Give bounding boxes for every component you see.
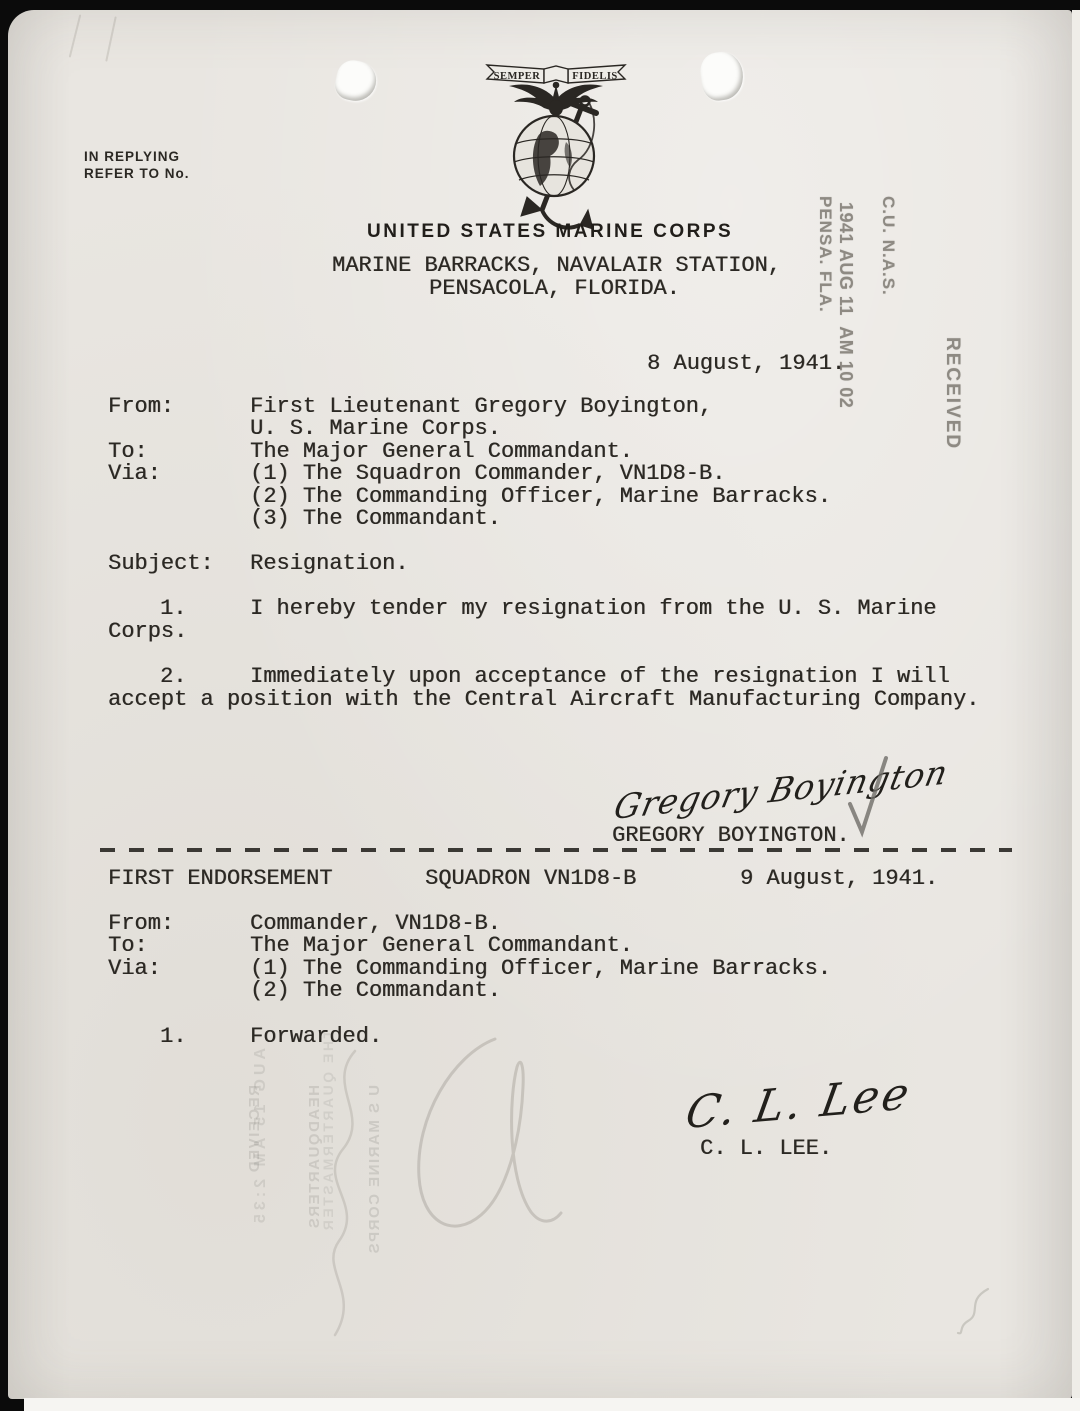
letter-date: 8 August, 1941.: [647, 351, 845, 376]
letter-from-row-2: U. S. Marine Corps.: [108, 416, 1038, 440]
bleedthrough-small-squiggle: [948, 1283, 998, 1338]
letter-via-row-1: Via: (1) The Squadron Commander, VN1D8-B…: [108, 461, 1038, 485]
endorsement-date: 9 August, 1941.: [740, 866, 938, 891]
subject-row: Subject: Resignation.: [108, 551, 1038, 575]
paragraph-2-number: 2.: [160, 664, 186, 689]
paragraph-2-text: Immediately upon acceptance of the resig…: [250, 664, 950, 689]
endorsement-to-row: To: The Major General Commandant.: [108, 933, 1038, 957]
received-stamp-office-line2: PENSA. FLA.: [815, 196, 836, 313]
paragraph-1-line-2: Corps.: [108, 619, 1038, 643]
subject-value: Resignation.: [250, 551, 408, 576]
pencil-check-mark: [845, 752, 891, 840]
usmc-emblem: SEMPER FIDELIS: [482, 56, 630, 240]
reply-note-line2: REFER TO No.: [84, 165, 190, 182]
bleedthrough-handwriting-scrawl: [295, 1045, 395, 1345]
bleedthrough-stamp-date: AUG 15 AM 2:35: [252, 1048, 270, 1227]
endorsement-via-row-1: Via: (1) The Commanding Officer, Marine …: [108, 956, 1038, 980]
endorsement-to-label: To:: [108, 933, 148, 958]
scanned-document: IN REPLYING REFER TO No.: [0, 0, 1080, 1411]
from-value-2: U. S. Marine Corps.: [250, 416, 501, 441]
endorsement-title: FIRST ENDORSEMENT: [108, 866, 332, 891]
scan-edge-bottom: [24, 1398, 1080, 1411]
letterhead-org: UNITED STATES MARINE CORPS: [367, 221, 733, 243]
bleedthrough-cursive-loop: [395, 1025, 655, 1280]
endorsement-via-row-2: (2) The Commandant.: [108, 978, 1038, 1002]
endorsement-header-row: FIRST ENDORSEMENT SQUADRON VN1D8-B 9 Aug…: [108, 866, 1038, 890]
via-item-3: (3) The Commandant.: [250, 506, 501, 531]
received-stamp-office-line1: C.U. N.A.S.: [878, 196, 899, 313]
paragraph-1-text-cont: Corps.: [108, 619, 187, 644]
reply-note-line1: IN REPLYING: [84, 148, 190, 165]
via-item-1: (1) The Squadron Commander, VN1D8-B.: [250, 461, 725, 486]
endorsement-paragraph-number: 1.: [160, 1024, 186, 1049]
endorsement-to-value: The Major General Commandant.: [250, 933, 633, 958]
scan-edge-right: [1072, 10, 1080, 1399]
letter-via-row-3: (3) The Commandant.: [108, 506, 1038, 530]
paragraph-2-line-1: 2. Immediately upon acceptance of the re…: [108, 664, 1038, 688]
letterhead-address-1: MARINE BARRACKS, NAVALAIR STATION,: [332, 253, 781, 278]
endorsement-squadron: SQUADRON VN1D8-B: [425, 866, 636, 891]
dashed-separator: [100, 848, 1012, 852]
motto-semper: SEMPER: [494, 71, 541, 82]
paragraph-1-number: 1.: [160, 596, 186, 621]
paragraph-1-text: I hereby tender my resignation from the …: [250, 596, 937, 621]
via-label: Via:: [108, 461, 161, 486]
paragraph-2-text-cont: accept a position with the Central Aircr…: [108, 687, 979, 712]
received-stamp-office: C.U. N.A.S. PENSA. FLA.: [773, 196, 941, 313]
lee-typed-name: C. L. LEE.: [700, 1136, 832, 1161]
motto-fidelis: FIDELIS: [572, 71, 618, 82]
letter-via-row-2: (2) The Commanding Officer, Marine Barra…: [108, 484, 1038, 508]
letterhead-address-2: PENSACOLA, FLORIDA.: [429, 276, 680, 301]
boyington-typed-name: GREGORY BOYINGTON.: [612, 823, 850, 848]
letter-to-row: To: The Major General Commandant.: [108, 439, 1038, 463]
endorsement-from-row: From: Commander, VN1D8-B.: [108, 911, 1038, 935]
subject-label: Subject:: [108, 551, 214, 576]
reply-reference-note: IN REPLYING REFER TO No.: [84, 148, 190, 182]
letter-from-row: From: First Lieutenant Gregory Boyington…: [108, 394, 1038, 418]
paragraph-1-line-1: 1. I hereby tender my resignation from t…: [108, 596, 1038, 620]
endorsement-via-item-2: (2) The Commandant.: [250, 978, 501, 1003]
paragraph-2-line-2: accept a position with the Central Aircr…: [108, 687, 1038, 711]
